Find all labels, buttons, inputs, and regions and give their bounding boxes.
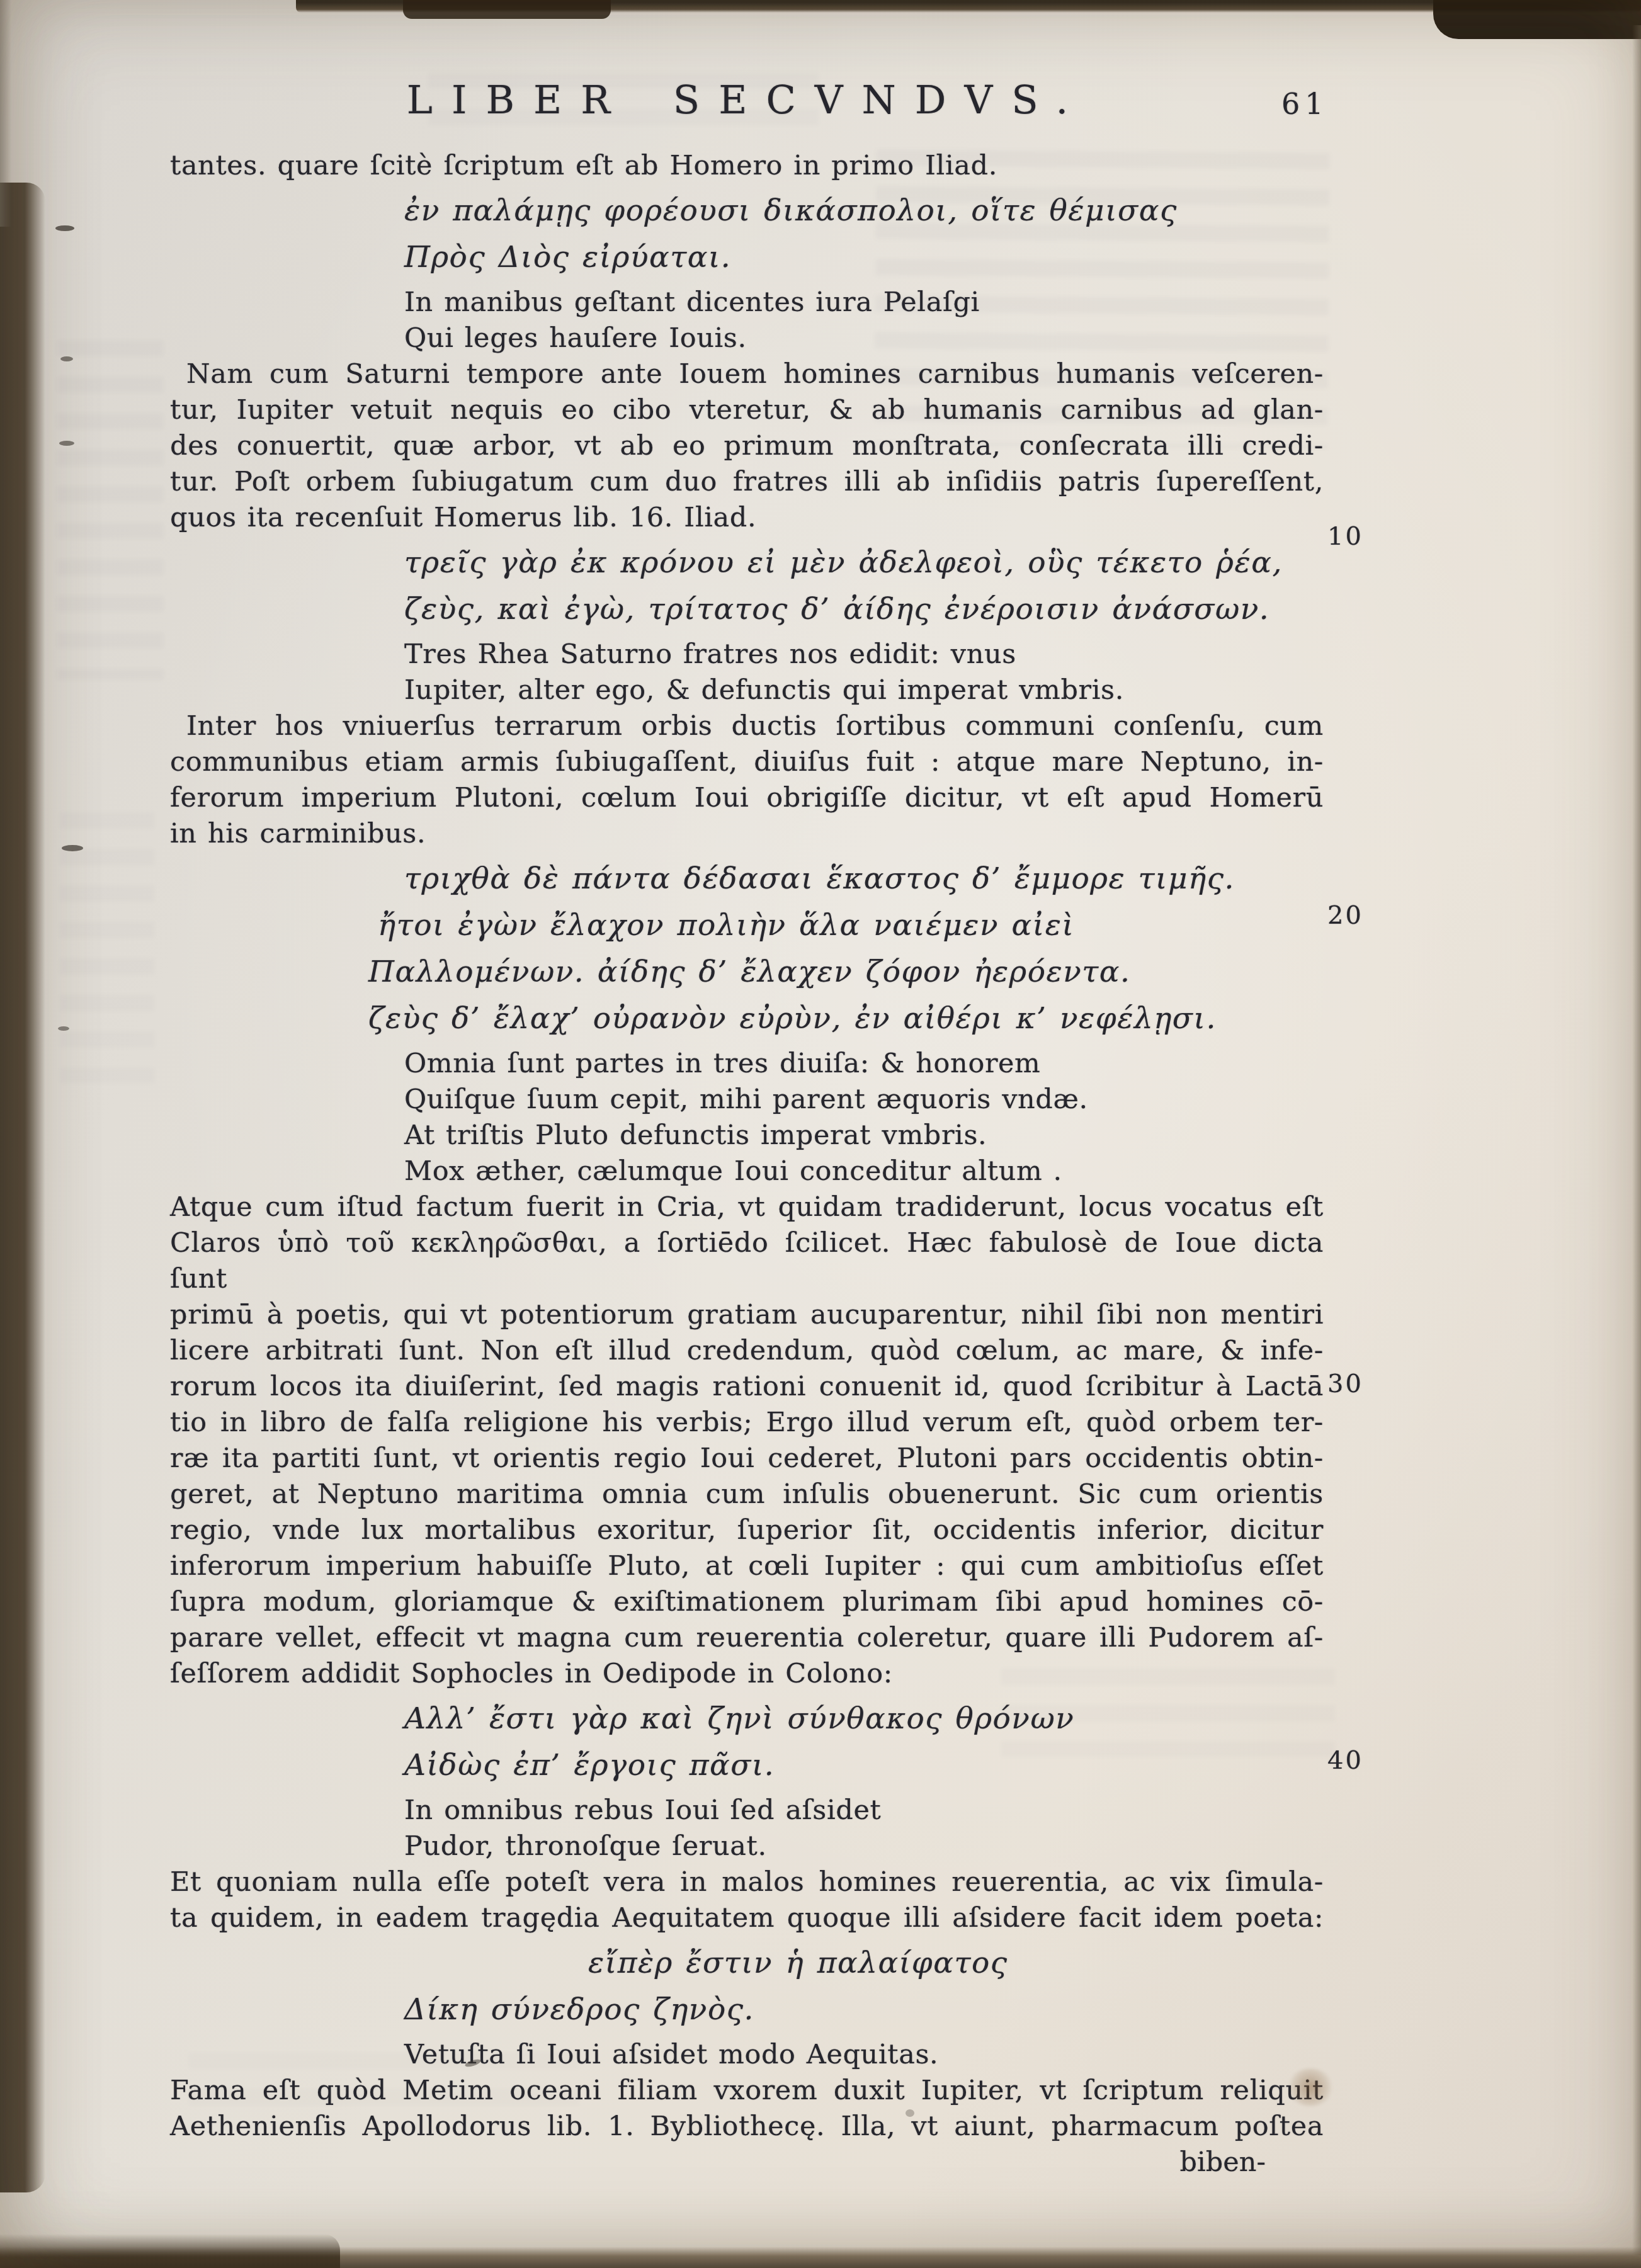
text-line: Δίκη σύνεδρος ζηνὸς. <box>170 1990 1324 2029</box>
text-line: des conuertit, quæ arbor, vt ab eo primu… <box>170 428 1324 464</box>
text-line: regio, vnde lux mortalibus exoritur, ſup… <box>170 1512 1324 1548</box>
running-title: LIBER SECVNDVS. <box>170 77 1324 123</box>
text-line: ferorum imperium Plutoni, cœlum Ioui obr… <box>170 780 1324 816</box>
photo-edge-bottom <box>0 2247 1641 2268</box>
ink-speck <box>62 845 83 851</box>
text-line: ζεὺς, καὶ ἐγὼ, τρίτατος δ’ ἀίδης ἐνέροισ… <box>170 590 1324 629</box>
text-column: tantes. quare ſcitè ſcriptum eſt ab Home… <box>170 148 1324 2180</box>
photo-edge-corner <box>1433 0 1641 39</box>
photo-edge-left <box>0 0 11 227</box>
text-line: tur. Poſt orbem ſubiugatum cum duo fratr… <box>170 464 1324 500</box>
margin-line-number: 10 <box>1327 519 1363 555</box>
show-through-text <box>57 340 164 680</box>
text-line: Πρὸς Διὸς εἰρύαται. <box>170 238 1324 277</box>
text-line: In omnibus rebus Ioui ſed aſsidet <box>170 1793 1324 1829</box>
margin-line-number: 30 <box>1327 1366 1363 1402</box>
text-line: primū à poetis, qui vt potentiorum grati… <box>170 1297 1324 1333</box>
show-through-text <box>60 812 154 1083</box>
page-number: 61 <box>1281 87 1329 121</box>
text-line: ſupra modum, gloriamque & exiſtimationem… <box>170 1584 1324 1620</box>
text-line: Et quoniam nulla eſſe poteſt vera in mal… <box>170 1864 1324 1900</box>
photo-edge-right <box>1632 25 1641 2255</box>
photo-edge-left <box>0 183 45 2192</box>
text-line: ἤτοι ἐγὼν ἔλαχον πολιὴν ἅλα ναιέμεν αἰεὶ… <box>170 906 1324 945</box>
text-line: Aethenienſis Apollodorus lib. 1. Bybliot… <box>170 2109 1324 2145</box>
text-block: LIBER SECVNDVS. tantes. quare ſcitè ſcri… <box>170 0 1324 2180</box>
text-line: inferorum imperium habuiſſe Pluto, at cœ… <box>170 1548 1324 1584</box>
text-line: Qui leges hauſere Iouis. <box>170 320 1324 356</box>
ink-speck <box>60 356 73 361</box>
photo-edge-corner <box>0 2234 340 2268</box>
text-line: Αἰδὼς ἐπ’ ἔργοις πᾶσι.40 <box>170 1746 1324 1785</box>
text-line: Αλλ’ ἔστι γὰρ καὶ ζηνὶ σύνθακος θρόνων <box>170 1699 1324 1738</box>
text-line: ta quidem, in eadem tragędia Aequitatem … <box>170 1900 1324 1936</box>
text-line: tur, Iupiter vetuit nequis eo cibo vtere… <box>170 392 1324 428</box>
margin-line-number: 20 <box>1327 896 1363 935</box>
text-line: Vetuſta ſi Ioui aſsidet modo Aequitas. <box>170 2037 1324 2073</box>
text-line: quos ita recenſuit Homerus lib. 16. Ilia… <box>170 500 1324 536</box>
text-line: Omnia ſunt partes in tres diuiſa: & hono… <box>170 1046 1324 1082</box>
text-line: tio in libro de falſa religione his verb… <box>170 1405 1324 1441</box>
text-line: parare vellet, effecit vt magna cum reue… <box>170 1620 1324 1656</box>
book-page-photo: LIBER SECVNDVS. tantes. quare ſcitè ſcri… <box>0 0 1641 2268</box>
text-line: licere arbitrati ſunt. Non eſt illud cre… <box>170 1333 1324 1369</box>
text-line: in his carminibus. <box>170 816 1324 852</box>
text-line: geret, at Neptuno maritima omnia cum inſ… <box>170 1477 1324 1512</box>
text-line: rorum locos ita diuiſerint, ſed magis ra… <box>170 1369 1324 1405</box>
text-line: Tres Rhea Saturno fratres nos edidit: vn… <box>170 637 1324 672</box>
text-line: ræ ita partiti ſunt, vt orientis regio I… <box>170 1441 1324 1477</box>
text-line: τριχθὰ δὲ πάντα δέδασαι ἕκαστος δ’ ἔμμορ… <box>170 859 1324 899</box>
text-line: Iupiter, alter ego, & defunctis qui impe… <box>170 672 1324 708</box>
catchword-line: biben- <box>170 2145 1324 2180</box>
text-line: εἴπὲρ ἔστιν ἡ παλαίφατος <box>170 1944 1324 1983</box>
text-line: tantes. quare ſcitè ſcriptum eſt ab Home… <box>170 148 1324 184</box>
text-line: Inter hos vniuerſus terrarum orbis ducti… <box>170 708 1324 744</box>
ink-speck <box>58 1026 69 1031</box>
text-line: Pudor, thronoſque ſeruat. <box>170 1829 1324 1864</box>
text-line: τρεῖς γὰρ ἐκ κρόνου εἰ μὲν ἀδελφεοὶ, οὓς… <box>170 543 1324 582</box>
text-line: Παλλομένων. ἀίδης δ’ ἔλαχεν ζόφον ἠερόεν… <box>170 953 1324 992</box>
text-line: ἐν παλάμῃς φορέουσι δικάσπολοι, οἵτε θέμ… <box>170 191 1324 230</box>
text-line: ζεὺς δ’ ἔλαχ’ οὐρανὸν εὐρὺν, ἐν αἰθέρι κ… <box>170 999 1324 1038</box>
text-line: Claros ὑπὸ τοῦ κεκληρῶσθαι, a ſortiēdo ſ… <box>170 1225 1324 1297</box>
text-line: At triſtis Pluto defunctis imperat vmbri… <box>170 1118 1324 1154</box>
text-line: Atque cum iſtud factum fuerit in Cria, v… <box>170 1189 1324 1225</box>
text-line: communibus etiam armis ſubiugaſſent, diu… <box>170 744 1324 780</box>
paper-stain <box>1288 2068 1333 2106</box>
margin-line-number: 40 <box>1327 1741 1363 1780</box>
ink-speck <box>59 441 74 446</box>
text-line: Nam cum Saturni tempore ante Iouem homin… <box>170 356 1324 392</box>
ink-speck <box>55 225 74 231</box>
text-line: Quiſque ſuum cepit, mihi parent æquoris … <box>170 1082 1324 1118</box>
text-line: Mox æther, cælumque Ioui conceditur altu… <box>170 1154 1324 1189</box>
text-line: In manibus geſtant dicentes iura Pelaſgi <box>170 285 1324 320</box>
text-line: Fama eſt quòd Metim oceani filiam vxorem… <box>170 2073 1324 2109</box>
text-line: ſeſſorem addidit Sophocles in Oedipode i… <box>170 1656 1324 1692</box>
